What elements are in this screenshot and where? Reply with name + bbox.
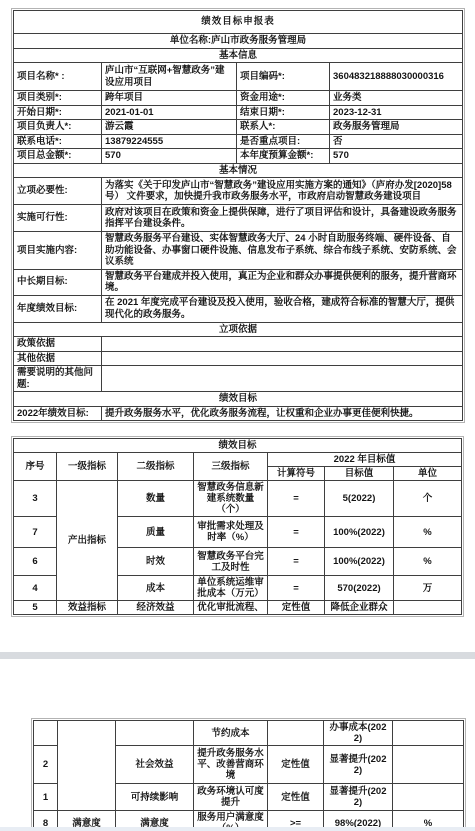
cell-unit — [393, 746, 464, 784]
section-header-basic-situation: 基本情况 — [14, 163, 463, 178]
section-header-perf-goal: 绩效目标 — [14, 392, 463, 407]
cell-target: 显著提升(2022) — [324, 746, 393, 784]
col-header-operator: 计算符号 — [268, 467, 325, 481]
field-value: 570 — [330, 149, 463, 164]
field-value: 智慧政务服务平台建设、实体智慧政务大厅、24 小时自助服务终端、硬件设备、自助功… — [102, 232, 463, 270]
field-value: 提升政务服务水平，优化政务服务流程，让权重和企业办事更佳便利快捷。 — [102, 406, 463, 421]
cell-level2: 成本 — [118, 576, 194, 601]
cell-target: 570(2022) — [325, 576, 394, 601]
cell-no: 1 — [34, 784, 58, 811]
field-value: 业务类 — [330, 91, 463, 106]
field-label: 需要说明的其他问题: — [14, 366, 102, 392]
field-label: 项目实施内容: — [14, 232, 102, 270]
cell-operator: 定性值 — [268, 601, 325, 615]
cell-unit: % — [394, 548, 462, 576]
cell-unit: 个 — [394, 481, 462, 517]
section-header-indicators: 绩效目标 — [14, 439, 462, 453]
cell-level3: 提升政务服务水平、改善营商环境 — [194, 746, 268, 784]
col-header-no: 序号 — [14, 453, 57, 481]
field-value: 政府对该项目在政策和资金上提供保障，进行了项目评估和设计，具备建设政务服务指挥平… — [102, 205, 463, 232]
field-value: 政务服务管理局 — [330, 120, 463, 135]
cell-target: 降低企业群众 — [325, 601, 394, 615]
scanned-form-document: 绩效目标申报表 单位名称:庐山市政务服务管理局 基本信息 项目名称* : 庐山市… — [0, 0, 475, 831]
cell-target: 5(2022) — [325, 481, 394, 517]
cell-no: 7 — [14, 517, 57, 548]
cell-level2: 质量 — [118, 517, 194, 548]
cell-level3: 单位系统运维审批成本（万元） — [194, 576, 268, 601]
field-value: 2021-01-01 — [102, 105, 237, 120]
field-value: 庐山市“互联网+智慧政务”建设应用项目 — [102, 63, 237, 91]
field-value: 否 — [330, 134, 463, 149]
field-label: 项目名称* : — [14, 63, 102, 91]
cell-level3: 智慧政务平台完工及时性 — [194, 548, 268, 576]
cell-level3: 节约成本 — [194, 721, 268, 746]
cell-level1-output: 产出指标 — [57, 481, 118, 601]
field-label: 中长期目标: — [14, 269, 102, 295]
field-label: 项目编码*: — [237, 63, 330, 91]
page-separator — [0, 652, 475, 659]
col-header-level3: 三级指标 — [194, 453, 268, 481]
cell-target: 100%(2022) — [325, 548, 394, 576]
cell-level2: 可持续影响 — [116, 784, 194, 811]
field-value: 360483218888030000316 — [330, 63, 463, 91]
field-value-empty — [102, 337, 463, 352]
pdf-page-2: 节约成本 办事成本(2022) 2 社会效益 提升政务服务水平、改善营商环境 定… — [33, 720, 464, 831]
field-label: 联系电话*: — [14, 134, 102, 149]
col-header-level2: 二级指标 — [118, 453, 194, 481]
cell-target: 100%(2022) — [325, 517, 394, 548]
col-header-unit: 单位 — [394, 467, 462, 481]
pdf-page-1: 绩效目标申报表 单位名称:庐山市政务服务管理局 基本信息 项目名称* : 庐山市… — [13, 10, 463, 615]
cell-target: 办事成本(2022) — [324, 721, 393, 746]
cell-level1-continued — [58, 721, 116, 811]
cell-level3: 优化审批流程、 — [194, 601, 268, 615]
cell-unit — [394, 601, 462, 615]
field-label: 是否重点项目: — [237, 134, 330, 149]
col-header-level1: 一级指标 — [57, 453, 118, 481]
col-header-year-group: 2022 年目标值 — [268, 453, 462, 467]
field-value-empty — [102, 351, 463, 366]
field-value: 570 — [102, 149, 237, 164]
cell-no: 5 — [14, 601, 57, 615]
field-value: 游云霞 — [102, 120, 237, 135]
form-title: 绩效目标申报表 — [14, 11, 463, 34]
indicators-continuation-table: 节约成本 办事成本(2022) 2 社会效益 提升政务服务水平、改善营商环境 定… — [33, 720, 464, 831]
cell-level1-benefit: 效益指标 — [57, 601, 118, 615]
section-header-basis: 立项依据 — [14, 322, 463, 337]
cell-level2: 经济效益 — [118, 601, 194, 615]
cell-unit: % — [394, 517, 462, 548]
cell-level2: 时效 — [118, 548, 194, 576]
field-label: 开始日期*: — [14, 105, 102, 120]
cell-no: 2 — [34, 746, 58, 784]
cell-level2: 数量 — [118, 481, 194, 517]
cell-unit — [393, 784, 464, 811]
unit-name-line: 单位名称:庐山市政务服务管理局 — [14, 34, 463, 49]
field-label: 2022年绩效目标: — [14, 406, 102, 421]
cell-operator: 定性值 — [268, 784, 324, 811]
cell-target: 显著提升(2022) — [324, 784, 393, 811]
cell-operator: = — [268, 576, 325, 601]
col-header-target: 目标值 — [325, 467, 394, 481]
field-label: 资金用途*: — [237, 91, 330, 106]
cell-operator — [268, 721, 324, 746]
field-label: 其他依据 — [14, 351, 102, 366]
field-label: 联系人*: — [237, 120, 330, 135]
cell-level2 — [116, 721, 194, 746]
field-label: 年度绩效目标: — [14, 295, 102, 322]
field-label: 实施可行性: — [14, 205, 102, 232]
cell-operator: 定性值 — [268, 746, 324, 784]
field-label: 本年度预算金额*: — [237, 149, 330, 164]
field-label: 结束日期*: — [237, 105, 330, 120]
cell-level3: 智慧政务信息新建系统数量（个） — [194, 481, 268, 517]
next-page-edge — [0, 827, 475, 831]
cell-no: 3 — [14, 481, 57, 517]
field-value: 为落实《关于印发庐山市“智慧政务”建设应用实施方案的通知》（庐府办发[2020]… — [102, 178, 463, 205]
field-value: 在 2021 年度完成平台建设及投入使用，验收合格，建成符合标准的智慧大厅，提供… — [102, 295, 463, 322]
cell-unit — [393, 721, 464, 746]
cell-operator: = — [268, 548, 325, 576]
field-label: 立项必要性: — [14, 178, 102, 205]
cell-no: 4 — [14, 576, 57, 601]
field-value-empty — [102, 366, 463, 392]
cell-level2: 社会效益 — [116, 746, 194, 784]
field-value: 13879224555 — [102, 134, 237, 149]
field-value: 智慧政务平台建成并投入使用，真正为企业和群众办事提供便利的服务，提升营商环境。 — [102, 269, 463, 295]
field-label: 项目总金额*: — [14, 149, 102, 164]
cell-level3: 审批需求处理及时率（%） — [194, 517, 268, 548]
declaration-form-table: 绩效目标申报表 单位名称:庐山市政务服务管理局 基本信息 项目名称* : 庐山市… — [13, 10, 463, 421]
cell-operator: = — [268, 481, 325, 517]
cell-level3: 政务环境认可度提升 — [194, 784, 268, 811]
field-label: 政策依据 — [14, 337, 102, 352]
cell-no: 6 — [14, 548, 57, 576]
cell-unit: 万 — [394, 576, 462, 601]
field-value: 跨年项目 — [102, 91, 237, 106]
section-header-basic-info: 基本信息 — [14, 48, 463, 63]
performance-indicators-table: 绩效目标 序号 一级指标 二级指标 三级指标 2022 年目标值 计算符号 目标… — [13, 438, 462, 615]
cell-operator: = — [268, 517, 325, 548]
field-value: 2023-12-31 — [330, 105, 463, 120]
cell-no — [34, 721, 58, 746]
field-label: 项目类别*: — [14, 91, 102, 106]
field-label: 项目负责人*: — [14, 120, 102, 135]
